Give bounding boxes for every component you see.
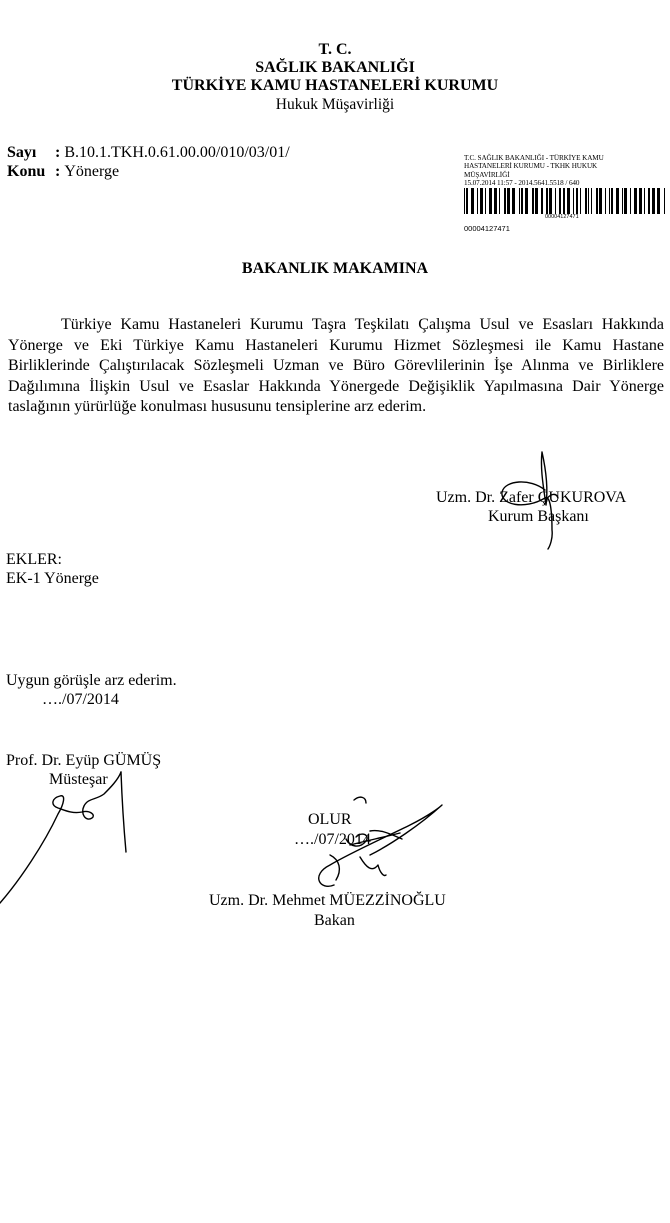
header-state: T. C.: [0, 41, 670, 59]
sayi-row: Sayı:B.10.1.TKH.0.61.00.00/010/03/01/: [7, 144, 290, 162]
header-ministry: SAĞLIK BAKANLIĞI: [0, 59, 670, 77]
addressee-title: BAKANLIK MAKAMINA: [0, 260, 670, 278]
document-id: 00004127471: [464, 224, 510, 233]
konu-row: Konu:Yönerge: [7, 163, 119, 181]
stamp-line-3: MÜŞAVİRLİĞİ: [464, 171, 670, 179]
stamp-line-4: 15.07.2014 11:57 - 2014.5641.5518 / 640: [464, 179, 670, 187]
signatory3-name: Uzm. Dr. Mehmet MÜEZZİNOĞLU: [209, 892, 446, 910]
sayi-label: Sayı: [7, 144, 55, 162]
header-institution: TÜRKİYE KAMU HASTANELERİ KURUMU: [0, 77, 670, 95]
registry-stamp: T.C. SAĞLIK BAKANLIĞI - TÜRKİYE KAMU HAS…: [464, 154, 670, 187]
approval-request-text: Uygun görüşle arz ederim.: [6, 672, 177, 690]
konu-value: Yönerge: [64, 163, 119, 180]
stamp-line-2: HASTANELERİ KURUMU - TKHK HUKUK: [464, 162, 670, 170]
signatory2-name: Prof. Dr. Eyüp GÜMÜŞ: [6, 752, 161, 770]
header-department: Hukuk Müşavirliği: [0, 96, 670, 114]
sayi-separator: :: [55, 144, 60, 161]
konu-label: Konu: [7, 163, 55, 181]
body-paragraph: Türkiye Kamu Hastaneleri Kurumu Taşra Te…: [8, 315, 664, 418]
attachments-label: EKLER:: [6, 551, 62, 569]
konu-separator: :: [55, 163, 60, 180]
barcode-icon: [464, 188, 668, 214]
signature-icon: [290, 795, 470, 905]
sayi-value: B.10.1.TKH.0.61.00.00/010/03/01/: [64, 144, 289, 161]
barcode-number: 00004127471: [545, 214, 579, 220]
signatory3-title: Bakan: [314, 912, 355, 930]
attachment-item: EK-1 Yönerge: [6, 570, 99, 588]
approval-request-date: …./07/2014: [42, 691, 119, 709]
signature-icon: [0, 770, 135, 905]
signatory1-name: Uzm. Dr. Zafer ÇUKUROVA: [436, 489, 626, 507]
signatory1-title: Kurum Başkanı: [488, 508, 589, 526]
